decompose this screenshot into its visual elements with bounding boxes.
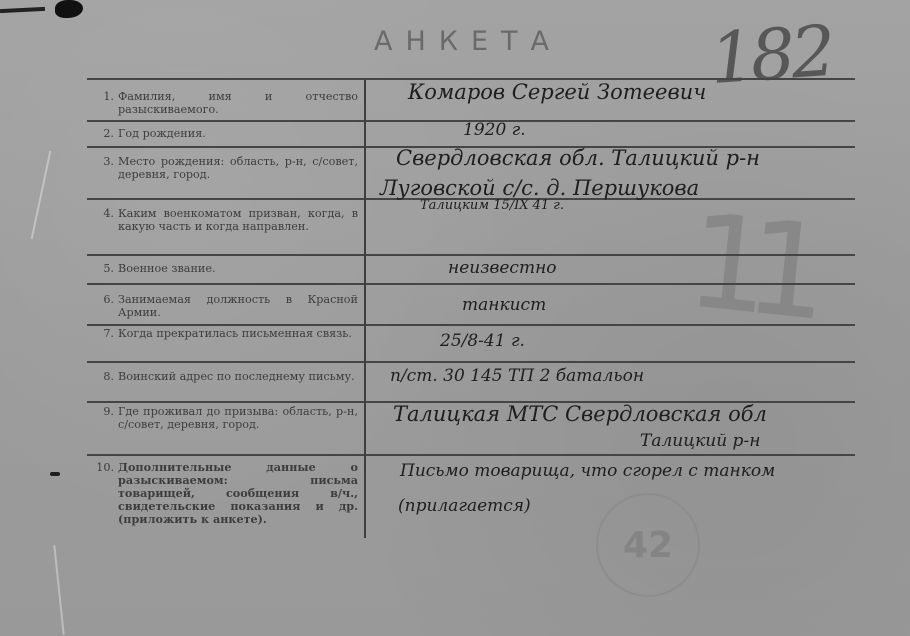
- value-full-name: Комаров Сергей Зотеевич: [408, 80, 706, 104]
- value-position: танкист: [462, 295, 546, 315]
- field-label-8: 8.Воинский адрес по последнему письму.: [92, 370, 358, 383]
- paper-crease: [31, 151, 52, 239]
- table-rule: [87, 361, 855, 363]
- field-label-4: 4.Каким военкоматом призван, когда, в ка…: [92, 207, 358, 233]
- round-stamp: 42: [596, 493, 700, 597]
- value-additional-line2: (прилагается): [398, 496, 531, 516]
- field-label-1: 1.Фамилия, имя и отчество разыскиваемого…: [92, 90, 358, 116]
- field-label-5: 5.Военное звание.: [92, 262, 358, 275]
- value-birthplace-line2: Луговской с/с. д. Першукова: [380, 176, 699, 200]
- field-label-2: 2.Год рождения.: [92, 127, 358, 140]
- table-rule: [87, 454, 855, 456]
- value-residence-line1: Талицкая МТС Свердловская обл: [393, 402, 767, 426]
- table-rule: [87, 324, 855, 326]
- ink-blot: [55, 0, 83, 18]
- form-title: АНКЕТА: [374, 26, 562, 57]
- paper-crease: [53, 545, 64, 635]
- paper-tear: [50, 472, 60, 476]
- value-residence-line2: Талицкий р-н: [640, 431, 760, 451]
- case-number-annotation: 182: [707, 10, 834, 100]
- value-last-contact: 25/8-41 г.: [440, 331, 525, 351]
- field-label-3: 3.Место рождения: область, р-н, с/совет,…: [92, 155, 358, 181]
- field-label-7: 7.Когда прекратилась письменная связь.: [92, 327, 358, 340]
- field-label-10: 10.Дополнительные данные о разыскиваемом…: [92, 461, 358, 526]
- value-enlistment: Талицким 15/IX 41 г.: [420, 198, 564, 213]
- field-label-9: 9.Где проживал до призыва: область, р-н,…: [92, 405, 358, 431]
- search-questionnaire-card: АНКЕТА 182 11 42 1.Фамилия, имя и отчест…: [0, 0, 910, 636]
- column-divider: [364, 80, 366, 538]
- value-military-address: п/ст. 30 145 ТП 2 батальон: [390, 366, 644, 386]
- table-rule: [87, 283, 855, 285]
- value-birthplace-line1: Свердловская обл. Талицкий р-н: [396, 146, 760, 170]
- value-additional-line1: Письмо товарища, что сгорел с танком: [400, 461, 775, 481]
- value-birth-year: 1920 г.: [463, 120, 526, 140]
- field-label-6: 6.Занимаемая должность в Красной Армии.: [92, 293, 358, 319]
- ink-smudge: [0, 7, 45, 13]
- stamp-number: 42: [623, 525, 673, 566]
- table-rule: [87, 254, 855, 256]
- value-rank: неизвестно: [448, 258, 557, 278]
